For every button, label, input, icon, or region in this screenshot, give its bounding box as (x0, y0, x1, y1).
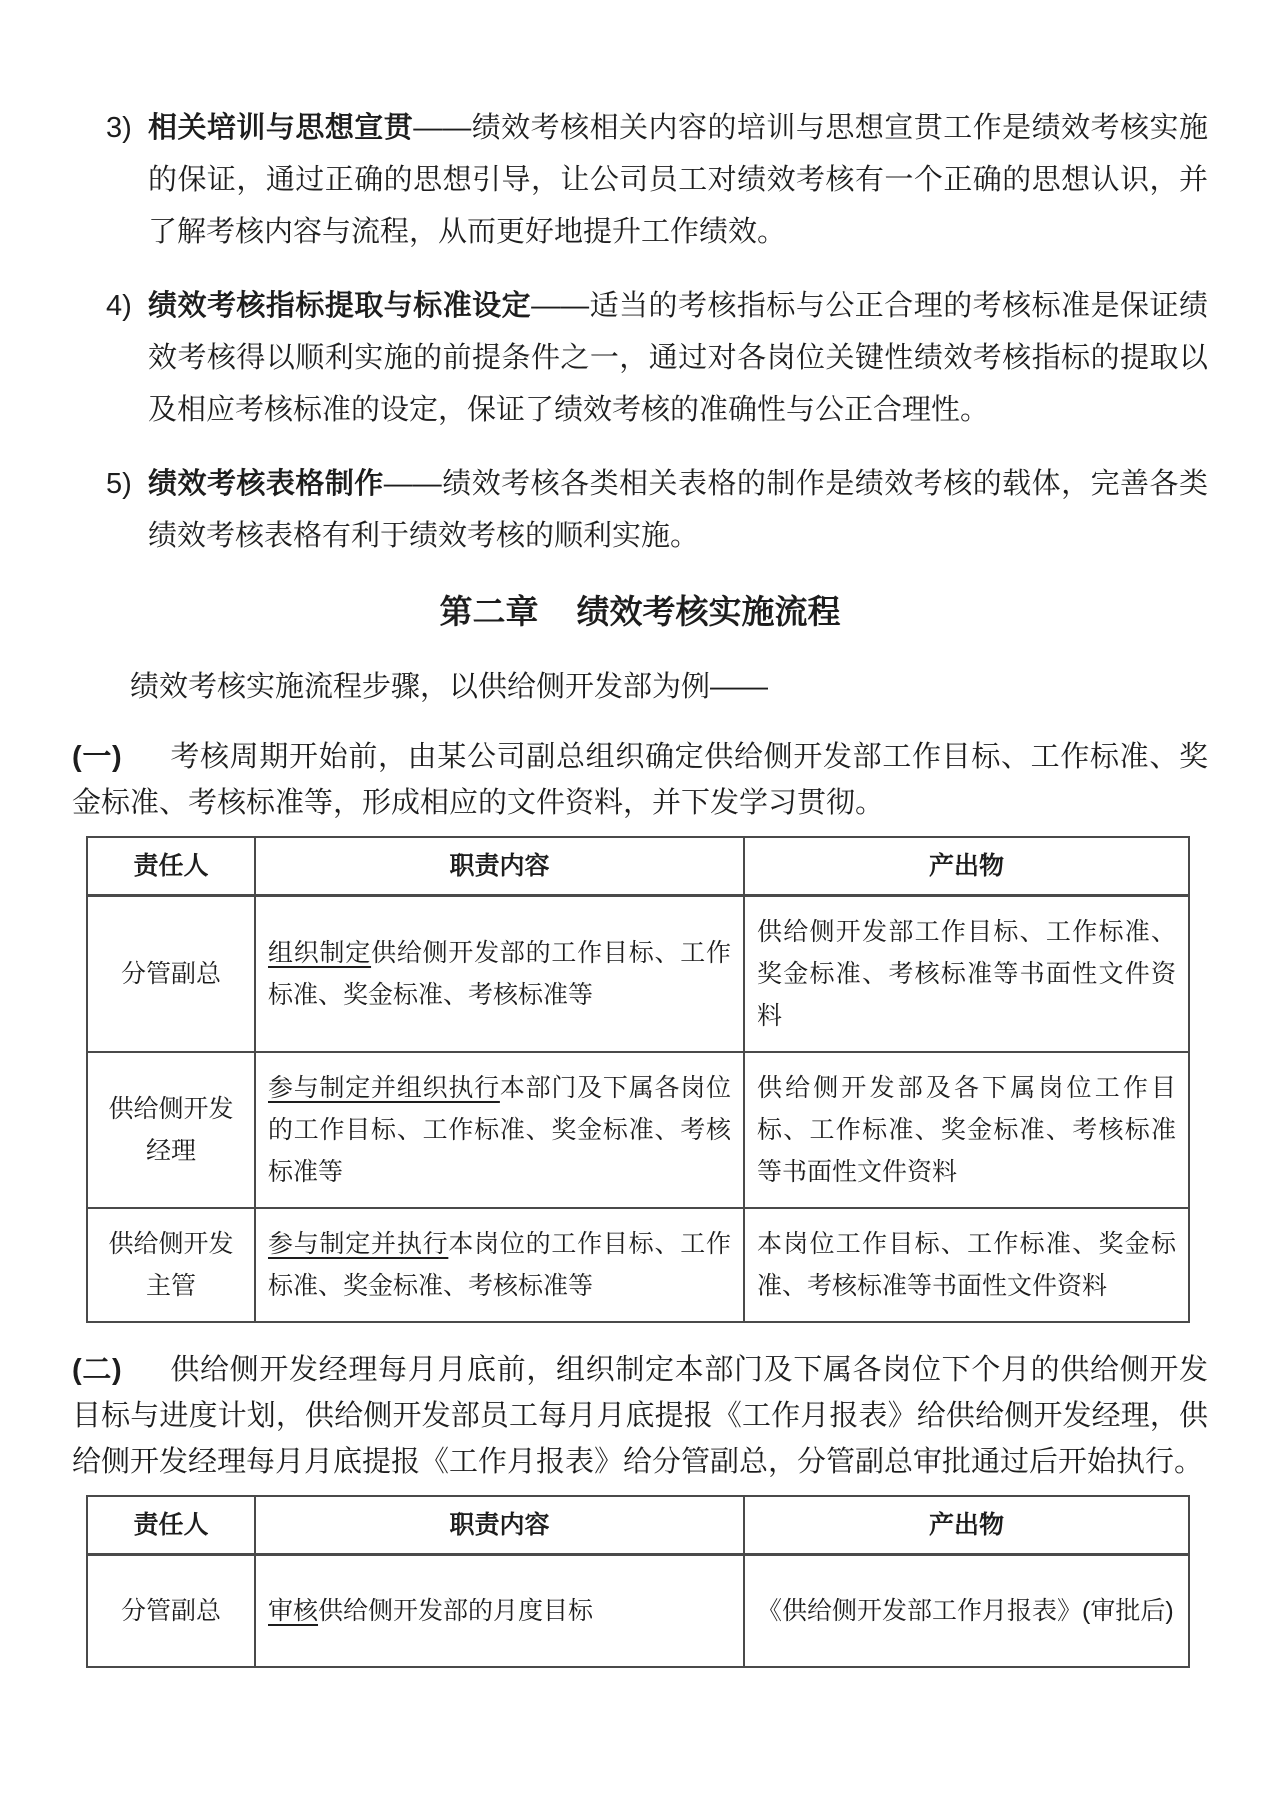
header-output: 产出物 (744, 837, 1189, 896)
intro-paragraph: 绩效考核实施流程步骤，以供给侧开发部为例—— (72, 664, 1208, 710)
chapter-title: 绩效考核实施流程 (577, 593, 841, 630)
duty-underlined-text: 参与制定并执行 (268, 1230, 448, 1258)
list-item-number: 3) (106, 102, 148, 258)
duty-cell: 组织制定供给侧开发部的工作目标、工作标准、奖金标准、考核标准等 (255, 896, 744, 1053)
list-item-lead: 绩效考核表格制作 (148, 468, 384, 500)
duty-cell: 参与制定并执行本岗位的工作目标、工作标准、奖金标准、考核标准等 (255, 1208, 744, 1322)
role-cell: 供给侧开发经理 (87, 1052, 255, 1208)
list-item-lead: 绩效考核指标提取与标准设定 (148, 290, 531, 322)
duty-cell: 审核供给侧开发部的月度目标 (255, 1555, 744, 1668)
section-1-paragraph: (一)考核周期开始前，由某公司副总组织确定供给侧开发部工作目标、工作标准、奖金标… (72, 734, 1208, 826)
table-row: 分管副总 组织制定供给侧开发部的工作目标、工作标准、奖金标准、考核标准等 供给侧… (87, 896, 1189, 1053)
header-duty-content: 职责内容 (255, 1496, 744, 1555)
list-item-text: 绩效考核指标提取与标准设定——适当的考核指标与公正合理的考核标准是保证绩效考核得… (148, 280, 1208, 436)
output-cell: 供给侧开发部工作目标、工作标准、奖金标准、考核标准等书面性文件资料 (744, 896, 1189, 1053)
table-row: 供给侧开发经理 参与制定并组织执行本部门及下属各岗位的工作目标、工作标准、奖金标… (87, 1052, 1189, 1208)
list-item-3: 3) 相关培训与思想宣贯——绩效考核相关内容的培训与思想宣贯工作是绩效考核实施的… (72, 102, 1208, 258)
header-output: 产出物 (744, 1496, 1189, 1555)
duty-underlined-text: 参与制定并组织执行 (268, 1074, 500, 1102)
list-item-text: 相关培训与思想宣贯——绩效考核相关内容的培训与思想宣贯工作是绩效考核实施的保证，… (148, 102, 1208, 258)
header-responsible-person: 责任人 (87, 1496, 255, 1555)
list-item-lead: 相关培训与思想宣贯 (148, 112, 413, 144)
table-row: 供给侧开发主管 参与制定并执行本岗位的工作目标、工作标准、奖金标准、考核标准等 … (87, 1208, 1189, 1322)
header-duty-content: 职责内容 (255, 837, 744, 896)
chapter-number: 第二章 (440, 593, 539, 630)
role-cell: 供给侧开发主管 (87, 1208, 255, 1322)
duty-rest-text: 供给侧开发部的月度目标 (318, 1597, 593, 1625)
responsibility-table-1: 责任人 职责内容 产出物 分管副总 组织制定供给侧开发部的工作目标、工作标准、奖… (86, 836, 1190, 1323)
chapter-heading: 第二章绩效考核实施流程 (72, 590, 1208, 634)
section-2-paragraph: (二)供给侧开发经理每月月底前，组织制定本部门及下属各岗位下个月的供给侧开发目标… (72, 1347, 1208, 1485)
section-2-text: 供给侧开发经理每月月底前，组织制定本部门及下属各岗位下个月的供给侧开发目标与进度… (72, 1354, 1208, 1478)
document-page: 3) 相关培训与思想宣贯——绩效考核相关内容的培训与思想宣贯工作是绩效考核实施的… (0, 0, 1280, 1804)
section-1-marker: (一) (72, 741, 122, 773)
section-2-marker: (二) (72, 1354, 122, 1386)
duty-underlined-text: 审核 (268, 1597, 318, 1625)
output-cell: 供给侧开发部及各下属岗位工作目标、工作标准、奖金标准、考核标准等书面性文件资料 (744, 1052, 1189, 1208)
header-responsible-person: 责任人 (87, 837, 255, 896)
section-1-text: 考核周期开始前，由某公司副总组织确定供给侧开发部工作目标、工作标准、奖金标准、考… (72, 741, 1208, 819)
responsibility-table-2: 责任人 职责内容 产出物 分管副总 审核供给侧开发部的月度目标 《供给侧开发部工… (86, 1495, 1190, 1668)
role-cell: 分管副总 (87, 896, 255, 1053)
output-cell: 本岗位工作目标、工作标准、奖金标准、考核标准等书面性文件资料 (744, 1208, 1189, 1322)
table-header-row: 责任人 职责内容 产出物 (87, 1496, 1189, 1555)
list-item-text: 绩效考核表格制作——绩效考核各类相关表格的制作是绩效考核的载体，完善各类绩效考核… (148, 458, 1208, 562)
list-item-number: 5) (106, 458, 148, 562)
duty-underlined-text: 组织制定 (268, 939, 371, 967)
table-row: 分管副总 审核供给侧开发部的月度目标 《供给侧开发部工作月报表》(审批后) (87, 1555, 1189, 1668)
output-cell: 《供给侧开发部工作月报表》(审批后) (744, 1555, 1189, 1668)
list-item-4: 4) 绩效考核指标提取与标准设定——适当的考核指标与公正合理的考核标准是保证绩效… (72, 280, 1208, 436)
list-item-number: 4) (106, 280, 148, 436)
list-item-5: 5) 绩效考核表格制作——绩效考核各类相关表格的制作是绩效考核的载体，完善各类绩… (72, 458, 1208, 562)
duty-cell: 参与制定并组织执行本部门及下属各岗位的工作目标、工作标准、奖金标准、考核标准等 (255, 1052, 744, 1208)
role-cell: 分管副总 (87, 1555, 255, 1668)
table-header-row: 责任人 职责内容 产出物 (87, 837, 1189, 896)
